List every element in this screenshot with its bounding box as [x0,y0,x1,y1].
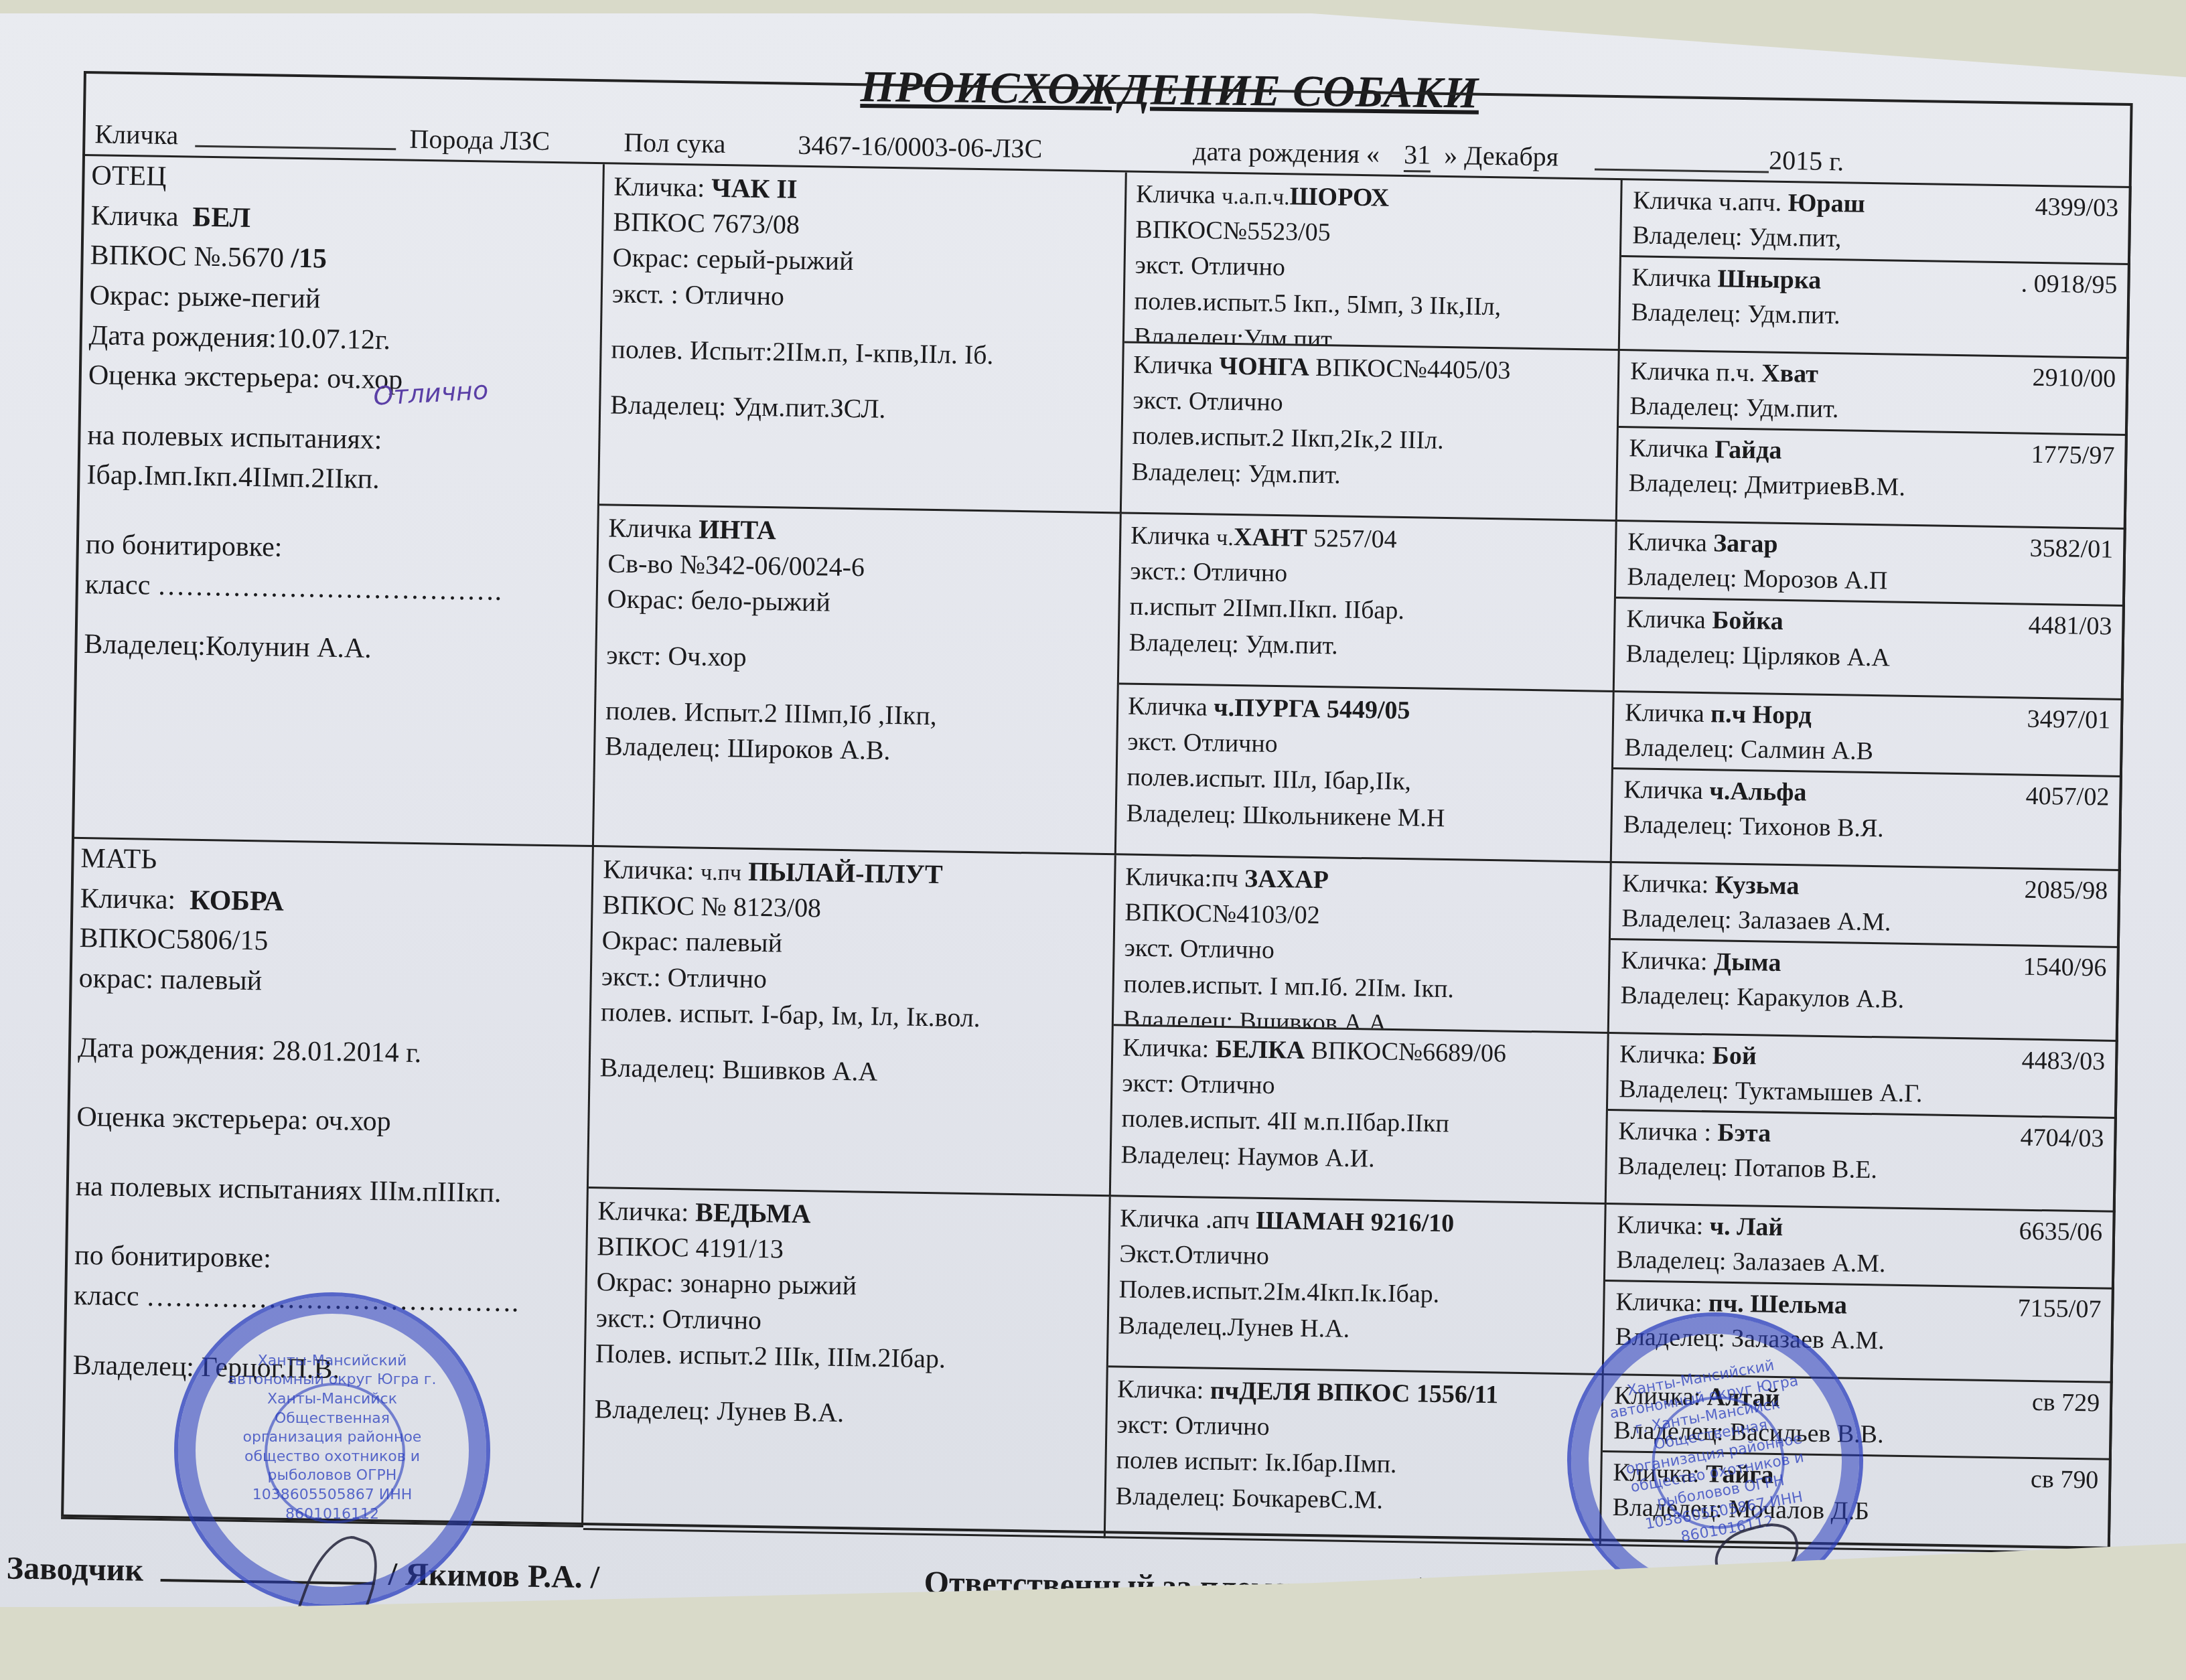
responsible-name: / Файзулов Р.И./ [1774,1578,2006,1618]
ancestor-cell: Кличка Шнырка. 0918/95Владелец: Удм.пит. [1620,257,2130,359]
great-grandparent-cell: Кличка:пч ЗАХАРВПКОС№4103/02экст. Отличн… [1114,855,1612,1034]
grandparent-cell: Кличка: ЧАК IIВПКОС 7673/08Окрас: серый-… [599,164,1127,514]
ancestor-cell: Кличка : Бэта4704/03Владелец: Потапов В.… [1607,1111,2117,1213]
mother-name: КОБРА [190,885,284,917]
grandparent-cell: Кличка: ч.пч ПЫЛАЙ-ПЛУТВПКОС № 8123/08Ок… [589,847,1116,1197]
ancestor-name: Бэта [1717,1119,1771,1148]
father-class: класс ………………………………. [84,565,587,613]
father-owner: Владелец:Колунин А.А. [84,625,586,672]
handwritten-note: Отлично [372,373,489,415]
nickname-blank [195,145,396,151]
great-grandparent-line: Владелец: Школьникене М.Н [1126,795,1601,838]
grandparent-line: Владелец: Удм.пит.ЗСЛ. [610,386,1112,430]
mother-trials: на полевых испытаниях IIIм.пIIIкп. [75,1167,577,1215]
ancestor-reg: св 729 [2031,1385,2100,1421]
ancestor-name: Дыма [1714,947,1781,977]
grandparent-name: ИНТА [699,514,777,546]
grandparent-line: Владелец: Вшивков А.А [599,1049,1102,1093]
great-grandparent-name: ЧОНГА [1219,352,1309,382]
responsible-signature-line [1500,1573,1755,1606]
ancestor-reg: 3582/01 [2029,531,2113,567]
ancestor-reg: 4704/03 [2020,1120,2104,1156]
registration-number: 3467-16/0003-06-ЛЗС [798,129,1043,165]
father-color: Окрас: рыже-пегий [89,276,591,323]
grandparent-name: ЧАК II [711,173,798,204]
breed: Порода ЛЗС [409,123,550,157]
ancestor-cell: Кличка: ч. Лай6635/06Владелец: Залазаев … [1605,1205,2116,1290]
ancestor-reg: 4057/02 [2025,779,2109,815]
grandparent-line: Владелец: Широков А.В. [605,728,1107,771]
birth-day: 31 [1404,139,1431,173]
ancestor-reg: 7155/07 [2017,1291,2101,1327]
ancestor-cell: Кличка Бойка4481/03Владелец: Цipляков А.… [1615,599,2125,700]
father-exterior: Оценка экстерьера: оч.хор [88,356,590,403]
great-grandparent-line: Владелец: Удм.пит. [1128,625,1604,668]
father-trials: Iбар.Iмп.Iкп.4IIмп.2IIкп. [86,456,589,504]
ancestor-cell: Кличка Загар3582/01 Владелец: Морозов А.… [1616,522,2126,607]
ancestor-cell: Кличка п.ч. Хват2910/00Владелец: Удм.пит… [1619,351,2129,436]
great-grandparent-cell: Кличка .апч ШАМАН 9216/10Экст.ОтличноПол… [1108,1197,1607,1375]
ancestor-reg: 3497/01 [2027,702,2110,738]
ancestor-name: Кузьма [1715,870,1799,900]
ancestor-name: п.ч Норд [1710,700,1812,729]
ancestor-name: Шнырка [1717,264,1821,294]
great-grandparent-cell: Кличка ч.а.п.ч.ШОРОХВПКОС№5523/05экст. О… [1124,172,1623,351]
great-grandparent-cell: Кличка ч.ПУРГА 5449/05экст. Отличнополев… [1116,684,1615,863]
ancestor-name: Гайда [1715,435,1782,465]
ancestor-cell: Кличка ч.апч. Юраш4399/03Владелец: Удм.п… [1621,180,2132,265]
grandparent-name: ВЕДЬМА [695,1197,811,1229]
great-grandparent-name: ШАМАН 9216/10 [1256,1207,1455,1238]
ancestor-reg: 2910/00 [2032,360,2116,396]
ancestor-cell: Кличка Гайда1775/97Владелец: ДмитриевВ.М… [1617,428,2128,530]
ancestor-reg: 1540/96 [2023,949,2106,986]
ancestor-cell: Кличка: Кузьма2085/98Владелец: Залазаев … [1611,863,2121,948]
great-grandparent-name: ШОРОХ [1289,182,1389,212]
grandparent-line: Владелец: Лунев В.А. [594,1391,1096,1434]
ancestor-reg: св 790 [2031,1462,2099,1498]
ancestor-name: Загар [1713,529,1778,558]
great-grandparent-name: ч.ПУРГА 5449/05 [1214,694,1410,725]
great-grandparent-cell: Кличка ч.ХАНТ 5257/04экст.: Отличноп.исп… [1119,514,1617,692]
ancestor-cell: Кличка ч.Альфа4057/02Владелец: Тихонов В… [1612,769,2122,871]
great-grandparent-cell: Кличка ЧОНГА ВПКОС№4405/03экст. Отличноп… [1122,343,1620,522]
ancestor-reg: 4481/03 [2028,608,2112,644]
great-grandparent-line: Владелец: Наумов А.И. [1120,1137,1596,1180]
great-grandparent-name: пчДЕЛЯ ВПКОС 1556/11 [1210,1377,1499,1409]
birth-date-label: дата рождения « [1193,135,1380,169]
ancestor-reg: 1775/97 [2031,437,2114,473]
sex: Пол сука [624,127,726,159]
ancestor-name: Бой [1712,1041,1757,1070]
great-grandparent-line: Владелец: Удм.пит. [1131,454,1607,497]
great-grandparent-cell: Кличка: пчДЕЛЯ ВПКОС 1556/11экст: Отличн… [1106,1367,1604,1546]
grandparent-cell: Кличка: ВЕДЬМАВПКОС 4191/13Окрас: зонарн… [583,1189,1111,1538]
responsible-label: Ответственный за племенную работу [924,1564,1469,1610]
grandparent-name: ПЫЛАЙ-ПЛУТ [748,856,943,890]
birth-blank [1595,168,1769,173]
document-paper: ПРОИСХОЖДЕНИЕ СОБАКИ Кличка Порода ЛЗС П… [0,13,2186,1607]
grandparent-cell: Кличка ИНТАСв-во №342-06/0024-6Окрас: бе… [594,506,1122,855]
ancestor-reg: 2085/98 [2024,872,2108,909]
ancestor-cell: Кличка: Бой4483/03Владелец: Туктамышев А… [1608,1034,2118,1119]
ancestor-cell: Кличка: Дыма1540/96Владелец: Каракулов А… [1609,940,2120,1042]
great-grandparent-name: БЕЛКА [1216,1035,1305,1065]
mother-heading: МАТЬ [80,839,583,887]
father-cell: ОТЕЦ Кличка БЕЛ ВПКОС №.5670 /15 Окрас: … [72,156,605,847]
ancestor-name: ч.Альфа [1709,777,1807,806]
great-grandparent-line: Владелец.Лунев Н.А. [1118,1308,1593,1351]
mother-color: окрас: палевый [78,959,581,1006]
birth-month: » Декабря [1444,139,1559,173]
ancestor-cell: Кличка п.ч Норд3497/01Владелец: Салмин А… [1613,692,2124,777]
birth-year: 2015 г. [1769,145,1844,177]
ancestor-name: ч. Лай [1709,1212,1783,1241]
nickname-label: Кличка [94,118,178,151]
mother-exterior: Оценка экстерьера: оч.хор [76,1097,579,1145]
ancestor-reg: 4483/03 [2021,1043,2105,1079]
great-grandparent-line: Владелец: БочкаревС.М. [1115,1478,1591,1521]
ancestor-reg: 4399/03 [2035,189,2118,226]
father-bonitation-label: по бонитировке: [85,525,587,572]
ancestor-reg: . 0918/95 [2021,266,2117,303]
great-grandparent-name: ЗАХАР [1244,864,1329,894]
ancestor-name: Бойка [1712,606,1783,635]
ancestor-name: Хват [1761,359,1818,388]
great-grandparent-cell: Кличка: БЕЛКА ВПКОС№6689/06экст: Отлично… [1111,1026,1609,1205]
ancestor-name: Юраш [1788,189,1865,218]
great-grandparent-name: ХАНТ [1234,523,1307,552]
father-name: БЕЛ [192,202,250,233]
mother-birth: Дата рождения: 28.01.2014 г. [78,1028,580,1076]
ancestor-reg: 6635/06 [2019,1214,2102,1250]
breeder-label: Заводчик [6,1549,143,1588]
